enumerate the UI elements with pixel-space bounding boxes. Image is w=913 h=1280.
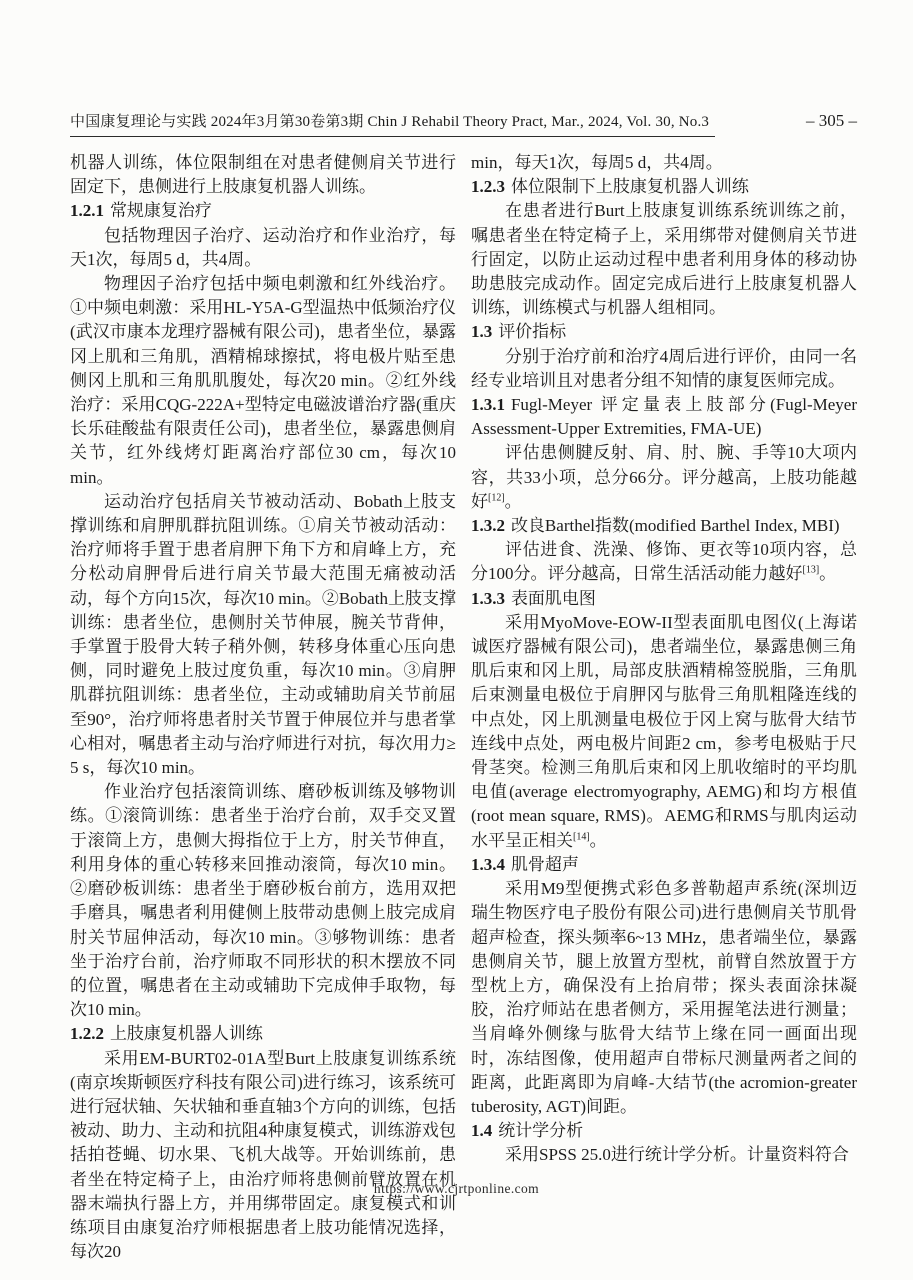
paragraph-text: 运动治疗包括肩关节被动活动、Bobath上肢支撑训练和肩胛肌群抗阻训练。①肩关节…	[70, 492, 456, 777]
paragraph-text: 在患者进行Burt上肢康复训练系统训练之前，嘱患者坐在特定椅子上，采用绑带对健侧…	[471, 201, 857, 317]
footer-url: https://www.cjrtponline.com	[374, 1181, 539, 1196]
column-right: min，每天1次，每周5 d，共4周。1.2.3体位限制下上肢康复机器人训练在患…	[471, 151, 857, 1264]
section-title: 表面肌电图	[511, 589, 596, 608]
section-number: 1.4	[471, 1121, 492, 1140]
paragraph-text: 采用SPSS 25.0进行统计学分析。计量资料符合	[505, 1145, 849, 1164]
paragraph: 采用SPSS 25.0进行统计学分析。计量资料符合	[471, 1143, 857, 1167]
section-title: 统计学分析	[498, 1121, 583, 1140]
paragraph-text: 分别于治疗前和治疗4周后进行评价，由同一名经专业培训且对患者分组不知情的康复医师…	[471, 347, 857, 390]
section-heading: 1.2.3体位限制下上肢康复机器人训练	[471, 175, 857, 199]
section-heading: 1.4统计学分析	[471, 1119, 857, 1143]
paragraph: 采用EM-BURT02-01A型Burt上肢康复训练系统(南京埃斯顿医疗科技有限…	[70, 1047, 456, 1265]
paragraph-text: 物理因子治疗包括中频电刺激和红外线治疗。①中频电刺激：采用HL-Y5A-G型温热…	[70, 274, 456, 487]
section-number: 1.3.1	[471, 395, 505, 414]
paragraph: 评估进食、洗澡、修饰、更衣等10项内容，总分100分。评分越高，日常生活活动能力…	[471, 538, 857, 586]
section-title: 体位限制下上肢康复机器人训练	[511, 177, 749, 196]
section-number: 1.2.2	[70, 1024, 104, 1043]
section-title: 评价指标	[498, 322, 566, 341]
paragraph: 运动治疗包括肩关节被动活动、Bobath上肢支撑训练和肩胛肌群抗阻训练。①肩关节…	[70, 490, 456, 780]
page-footer: https://www.cjrtponline.com	[0, 1181, 913, 1197]
paragraph-text: 采用M9型便携式彩色多普勒超声系统(深圳迈瑞生物医疗电子股份有限公司)进行患侧肩…	[471, 879, 857, 1116]
paragraph: 评估患侧腱反射、肩、肘、腕、手等10大项内容，共33小项，总分66分。评分越高，…	[471, 441, 857, 514]
two-column-text-area: 机器人训练，体位限制组在对患者健侧肩关节进行固定下，患侧进行上肢康复机器人训练。…	[70, 151, 857, 1264]
paragraph-text: 。	[819, 564, 836, 583]
paragraph-text: 包括物理因子治疗、运动治疗和作业治疗，每天1次，每周5 d，共4周。	[70, 226, 456, 269]
paragraph-text: min，每天1次，每周5 d，共4周。	[471, 153, 723, 172]
section-title: 上肢康复机器人训练	[110, 1024, 263, 1043]
paragraph-text: 采用MyoMove-EOW-II型表面肌电图仪(上海诺诚医疗器械有限公司)，患者…	[471, 613, 857, 850]
paragraph-text: 机器人训练，体位限制组在对患者健侧肩关节进行固定下，患侧进行上肢康复机器人训练。	[70, 153, 456, 196]
section-number: 1.3.3	[471, 589, 505, 608]
reference-superscript: [13]	[803, 565, 820, 576]
paragraph: min，每天1次，每周5 d，共4周。	[471, 151, 857, 175]
paragraph-text: 。	[505, 492, 522, 511]
paragraph-text: 评估进食、洗澡、修饰、更衣等10项内容，总分100分。评分越高，日常生活活动能力…	[471, 540, 857, 583]
reference-superscript: [14]	[573, 831, 590, 842]
paragraph: 物理因子治疗包括中频电刺激和红外线治疗。①中频电刺激：采用HL-Y5A-G型温热…	[70, 272, 456, 490]
section-number: 1.2.1	[70, 201, 104, 220]
section-heading: 1.3.3表面肌电图	[471, 587, 857, 611]
section-number: 1.3	[471, 322, 492, 341]
paragraph-text: 采用EM-BURT02-01A型Burt上肢康复训练系统(南京埃斯顿医疗科技有限…	[70, 1049, 456, 1262]
section-number: 1.2.3	[471, 177, 505, 196]
paragraph: 机器人训练，体位限制组在对患者健侧肩关节进行固定下，患侧进行上肢康复机器人训练。	[70, 151, 456, 199]
paragraph: 包括物理因子治疗、运动治疗和作业治疗，每天1次，每周5 d，共4周。	[70, 224, 456, 272]
journal-header-line: 中国康复理论与实践 2024年3月第30卷第3期 Chin J Rehabil …	[70, 110, 715, 137]
paragraph: 采用MyoMove-EOW-II型表面肌电图仪(上海诺诚医疗器械有限公司)，患者…	[471, 611, 857, 853]
paragraph-text: 作业治疗包括滚筒训练、磨砂板训练及够物训练。①滚筒训练：患者坐于治疗台前，双手交…	[70, 782, 456, 1019]
page-number: – 305 –	[806, 111, 857, 131]
section-number: 1.3.2	[471, 516, 505, 535]
section-heading: 1.3.2改良Barthel指数(modified Barthel Index,…	[471, 514, 857, 538]
paragraph: 在患者进行Burt上肢康复训练系统训练之前，嘱患者坐在特定椅子上，采用绑带对健侧…	[471, 199, 857, 320]
section-title: 肌骨超声	[511, 855, 579, 874]
section-heading: 1.3.4肌骨超声	[471, 853, 857, 877]
page-header: 中国康复理论与实践 2024年3月第30卷第3期 Chin J Rehabil …	[70, 110, 857, 137]
section-title: 改良Barthel指数(modified Barthel Index, MBI)	[511, 516, 840, 535]
paragraph: 分别于治疗前和治疗4周后进行评价，由同一名经专业培训且对患者分组不知情的康复医师…	[471, 345, 857, 393]
journal-page: 中国康复理论与实践 2024年3月第30卷第3期 Chin J Rehabil …	[0, 0, 913, 1280]
paragraph-text: 评估患侧腱反射、肩、肘、腕、手等10大项内容，共33小项，总分66分。评分越高，…	[471, 443, 857, 510]
section-title: 常规康复治疗	[110, 201, 212, 220]
section-title: Fugl-Meyer 评定量表上肢部分(Fugl-Meyer Assessmen…	[471, 395, 857, 438]
section-heading: 1.3评价指标	[471, 320, 857, 344]
section-heading: 1.2.1常规康复治疗	[70, 199, 456, 223]
paragraph-text: 。	[590, 831, 607, 850]
column-left: 机器人训练，体位限制组在对患者健侧肩关节进行固定下，患侧进行上肢康复机器人训练。…	[70, 151, 456, 1264]
section-heading: 1.2.2上肢康复机器人训练	[70, 1022, 456, 1046]
reference-superscript: [12]	[488, 492, 505, 503]
paragraph: 作业治疗包括滚筒训练、磨砂板训练及够物训练。①滚筒训练：患者坐于治疗台前，双手交…	[70, 780, 456, 1022]
paragraph: 采用M9型便携式彩色多普勒超声系统(深圳迈瑞生物医疗电子股份有限公司)进行患侧肩…	[471, 877, 857, 1119]
section-number: 1.3.4	[471, 855, 505, 874]
section-heading: 1.3.1Fugl-Meyer 评定量表上肢部分(Fugl-Meyer Asse…	[471, 393, 857, 441]
